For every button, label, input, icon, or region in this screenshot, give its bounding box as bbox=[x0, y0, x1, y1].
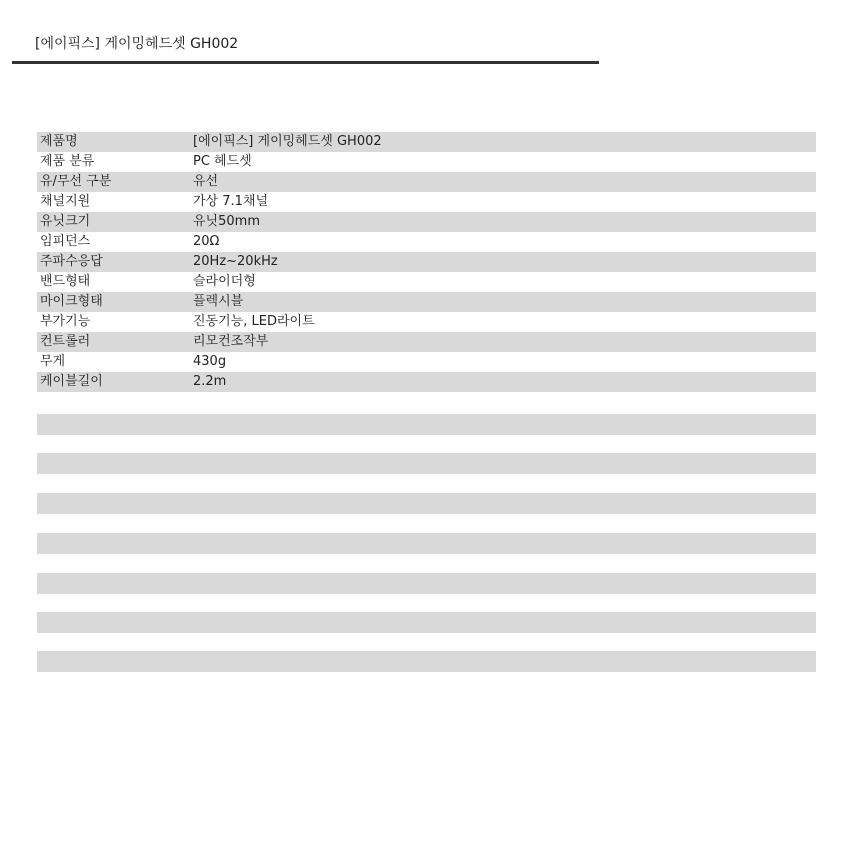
spec-label: 마이크형태 bbox=[37, 292, 193, 312]
spec-row: 채널지원 가상 7.1채널 bbox=[37, 192, 816, 212]
empty-stripe bbox=[37, 453, 816, 474]
spec-row: 컨트롤러 리모컨조작부 bbox=[37, 332, 816, 352]
spec-value: 슬라이더형 bbox=[193, 272, 816, 292]
spec-row: 케이블길이 2.2m bbox=[37, 372, 816, 392]
empty-stripe bbox=[37, 651, 816, 672]
spec-label: 유/무선 구분 bbox=[37, 172, 193, 192]
spec-row: 밴드형태 슬라이더형 bbox=[37, 272, 816, 292]
spec-value: 유닛50mm bbox=[193, 212, 816, 232]
empty-stripe bbox=[37, 414, 816, 435]
empty-stripe bbox=[37, 493, 816, 514]
empty-stripe bbox=[37, 533, 816, 554]
spec-value: 플렉시블 bbox=[193, 292, 816, 312]
page-title: [에이픽스] 게이밍헤드셋 GH002 bbox=[35, 34, 238, 54]
spec-label: 컨트롤러 bbox=[37, 332, 193, 352]
spec-label: 밴드형태 bbox=[37, 272, 193, 292]
spec-label: 채널지원 bbox=[37, 192, 193, 212]
spec-label: 무게 bbox=[37, 352, 193, 372]
spec-row: 주파수응답 20Hz~20kHz bbox=[37, 252, 816, 272]
spec-label: 케이블길이 bbox=[37, 372, 193, 392]
spec-row: 무게 430g bbox=[37, 352, 816, 372]
spec-value: [에이픽스] 게이밍헤드셋 GH002 bbox=[193, 132, 816, 152]
spec-row: 부가기능 진동기능, LED라이트 bbox=[37, 312, 816, 332]
spec-value: 유선 bbox=[193, 172, 816, 192]
spec-row: 유닛크기 유닛50mm bbox=[37, 212, 816, 232]
spec-row: 제품 분류 PC 헤드셋 bbox=[37, 152, 816, 172]
spec-row: 제품명 [에이픽스] 게이밍헤드셋 GH002 bbox=[37, 132, 816, 152]
spec-value: 진동기능, LED라이트 bbox=[193, 312, 816, 332]
empty-stripe bbox=[37, 573, 816, 594]
spec-table: 제품명 [에이픽스] 게이밍헤드셋 GH002 제품 분류 PC 헤드셋 유/무… bbox=[37, 132, 816, 392]
title-divider bbox=[12, 61, 599, 64]
spec-value: 리모컨조작부 bbox=[193, 332, 816, 352]
spec-label: 제품명 bbox=[37, 132, 193, 152]
spec-row: 임피던스 20Ω bbox=[37, 232, 816, 252]
spec-value: 가상 7.1채널 bbox=[193, 192, 816, 212]
spec-value: 2.2m bbox=[193, 372, 816, 392]
spec-label: 부가기능 bbox=[37, 312, 193, 332]
spec-value: 20Ω bbox=[193, 232, 816, 252]
spec-value: 430g bbox=[193, 352, 816, 372]
spec-label: 유닛크기 bbox=[37, 212, 193, 232]
spec-label: 임피던스 bbox=[37, 232, 193, 252]
empty-stripe bbox=[37, 612, 816, 633]
spec-value: 20Hz~20kHz bbox=[193, 252, 816, 272]
spec-label: 주파수응답 bbox=[37, 252, 193, 272]
spec-row: 유/무선 구분 유선 bbox=[37, 172, 816, 192]
spec-label: 제품 분류 bbox=[37, 152, 193, 172]
spec-value: PC 헤드셋 bbox=[193, 152, 816, 172]
spec-row: 마이크형태 플렉시블 bbox=[37, 292, 816, 312]
